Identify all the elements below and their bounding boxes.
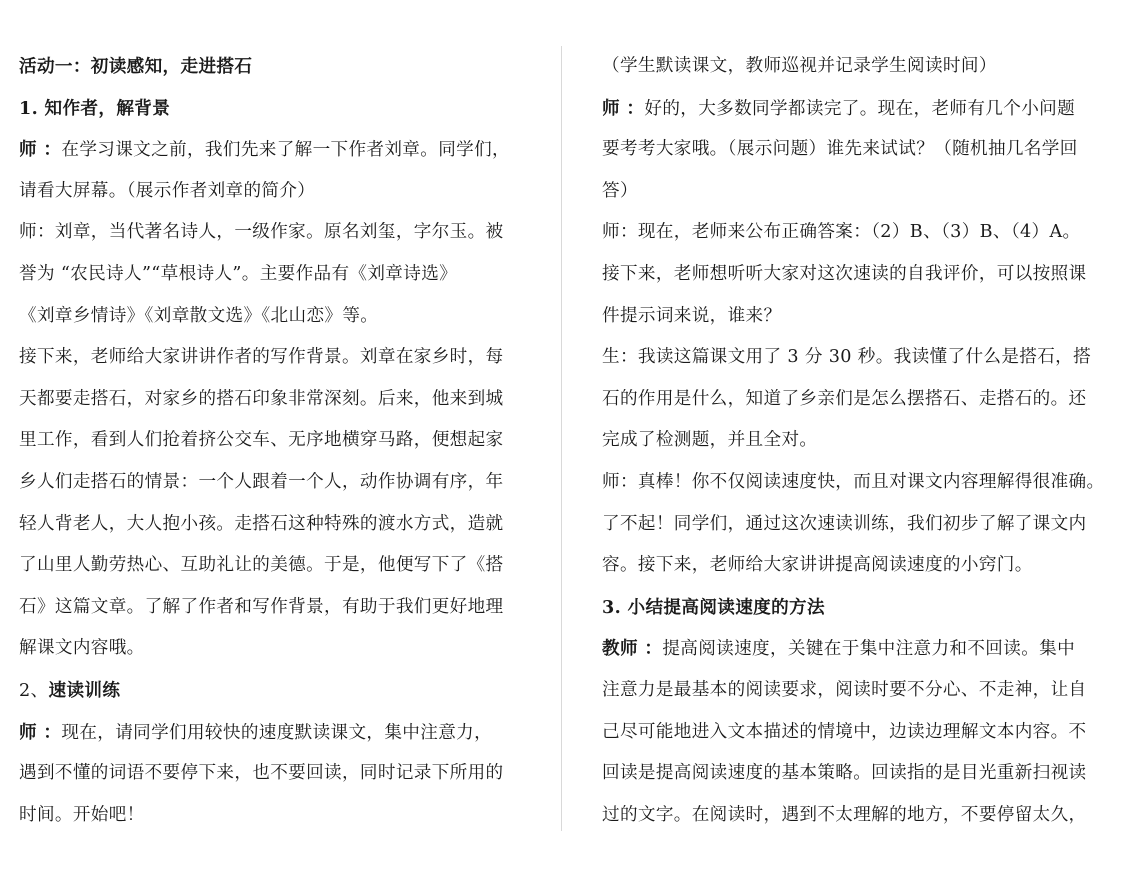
paragraph-line: 请看大屏幕。（展示作者刘章的简介）: [19, 171, 524, 213]
heading-text: 速读训练: [49, 680, 121, 701]
stage-direction: （学生默读课文，教师巡视并记录学生阅读时间）: [602, 46, 1107, 88]
paragraph-line: 师 ：现在，请同学们用较快的速度默读课文，集中注意力，: [19, 712, 524, 754]
paragraph-line: 教师 ：提高阅读速度，关键在于集中注意力和不回读。集中: [602, 628, 1107, 670]
right-column: （学生默读课文，教师巡视并记录学生阅读时间） 师 ：好的，大多数同学都读完了。现…: [602, 46, 1107, 836]
paragraph-line: 里工作，看到人们抢着挤公交车、无序地横穿马路，便想起家: [19, 420, 524, 462]
paragraph-line: 石的作用是什么，知道了乡亲们是怎么摆搭石、走搭石的。还: [602, 379, 1107, 421]
document-page: 活动一：初读感知，走进搭石 1. 知作者，解背景 师 ：在学习课文之前，我们先来…: [0, 0, 1137, 880]
section-heading-reading-speed-methods: 3. 小结提高阅读速度的方法: [602, 587, 1107, 629]
speaker-label: 师 ：: [602, 98, 644, 119]
paragraph-line: 乡人们走搭石的情景：一个人跟着一个人，动作协调有序，年: [19, 462, 524, 504]
paragraph-line: 容。接下来，老师给大家讲讲提高阅读速度的小窍门。: [602, 545, 1107, 587]
speaker-label: 师 ：: [19, 139, 61, 160]
paragraph-line: 师：现在，老师来公布正确答案：（2）B、（3）B、（4）A。: [602, 212, 1107, 254]
paragraph-line: 遇到不懂的词语不要停下来，也不要回读，同时记录下所用的: [19, 753, 524, 795]
speaker-label: 教师 ：: [602, 638, 662, 659]
paragraph-line: 接下来，老师想听听大家对这次速读的自我评价，可以按照课: [602, 254, 1107, 296]
paragraph-line: 《刘章乡情诗》《刘章散文选》《北山恋》等。: [19, 296, 524, 338]
paragraph-line: 时间。开始吧！: [19, 795, 524, 837]
activity-title: 活动一：初读感知，走进搭石: [19, 46, 524, 88]
paragraph-line: 了山里人勤劳热心、互助礼让的美德。于是，他便写下了《搭: [19, 545, 524, 587]
heading-number: 2、: [19, 681, 49, 701]
column-divider: [561, 46, 562, 831]
paragraph-line: 誉为 “农民诗人”“草根诗人”。主要作品有《刘章诗选》: [19, 254, 524, 296]
section-heading-author-background: 1. 知作者，解背景: [19, 88, 524, 130]
speaker-label: 师 ：: [19, 722, 61, 743]
paragraph-line: 生：我读这篇课文用了 3 分 30 秒。我读懂了什么是搭石，搭: [602, 337, 1107, 379]
paragraph-line: 轻人背老人，大人抱小孩。走搭石这种特殊的渡水方式，造就: [19, 504, 524, 546]
paragraph-line: 解课文内容哦。: [19, 628, 524, 670]
paragraph-line: 师 ：在学习课文之前，我们先来了解一下作者刘章。同学们，: [19, 129, 524, 171]
paragraph-line: 师：真棒！你不仅阅读速度快，而且对课文内容理解得很准确。: [602, 462, 1107, 504]
paragraph-line: 过的文字。在阅读时，遇到不太理解的地方，不要停留太久，: [602, 795, 1107, 837]
paragraph-text: 在学习课文之前，我们先来了解一下作者刘章。同学们，: [61, 140, 510, 160]
paragraph-line: 接下来，老师给大家讲讲作者的写作背景。刘章在家乡时，每: [19, 337, 524, 379]
paragraph-text: 现在，请同学们用较快的速度默读课文，集中注意力，: [61, 723, 492, 743]
paragraph-line: 了不起！同学们，通过这次速读训练，我们初步了解了课文内: [602, 504, 1107, 546]
left-column: 活动一：初读感知，走进搭石 1. 知作者，解背景 师 ：在学习课文之前，我们先来…: [19, 46, 524, 836]
paragraph-line: 师：刘章，当代著名诗人，一级作家。原名刘玺，字尔玉。被: [19, 212, 524, 254]
paragraph-line: 注意力是最基本的阅读要求，阅读时要不分心、不走神，让自: [602, 670, 1107, 712]
paragraph-line: 回读是提高阅读速度的基本策略。回读指的是目光重新扫视读: [602, 753, 1107, 795]
paragraph-line: 要考考大家哦。（展示问题）谁先来试试？（随机抽几名学回: [602, 129, 1107, 171]
section-heading-speed-reading: 2、速读训练: [19, 670, 524, 712]
paragraph-line: 己尽可能地进入文本描述的情境中，边读边理解文本内容。不: [602, 712, 1107, 754]
paragraph-line: 石》这篇文章。了解了作者和写作背景，有助于我们更好地理: [19, 587, 524, 629]
paragraph-line: 件提示词来说，谁来？: [602, 296, 1107, 338]
paragraph-line: 天都要走搭石，对家乡的搭石印象非常深刻。后来，他来到城: [19, 379, 524, 421]
paragraph-line: 答）: [602, 171, 1107, 213]
paragraph-line: 完成了检测题，并且全对。: [602, 420, 1107, 462]
paragraph-text: 提高阅读速度，关键在于集中注意力和不回读。集中: [662, 639, 1075, 659]
paragraph-line: 师 ：好的，大多数同学都读完了。现在，老师有几个小问题: [602, 88, 1107, 130]
paragraph-text: 好的，大多数同学都读完了。现在，老师有几个小问题: [644, 99, 1075, 119]
